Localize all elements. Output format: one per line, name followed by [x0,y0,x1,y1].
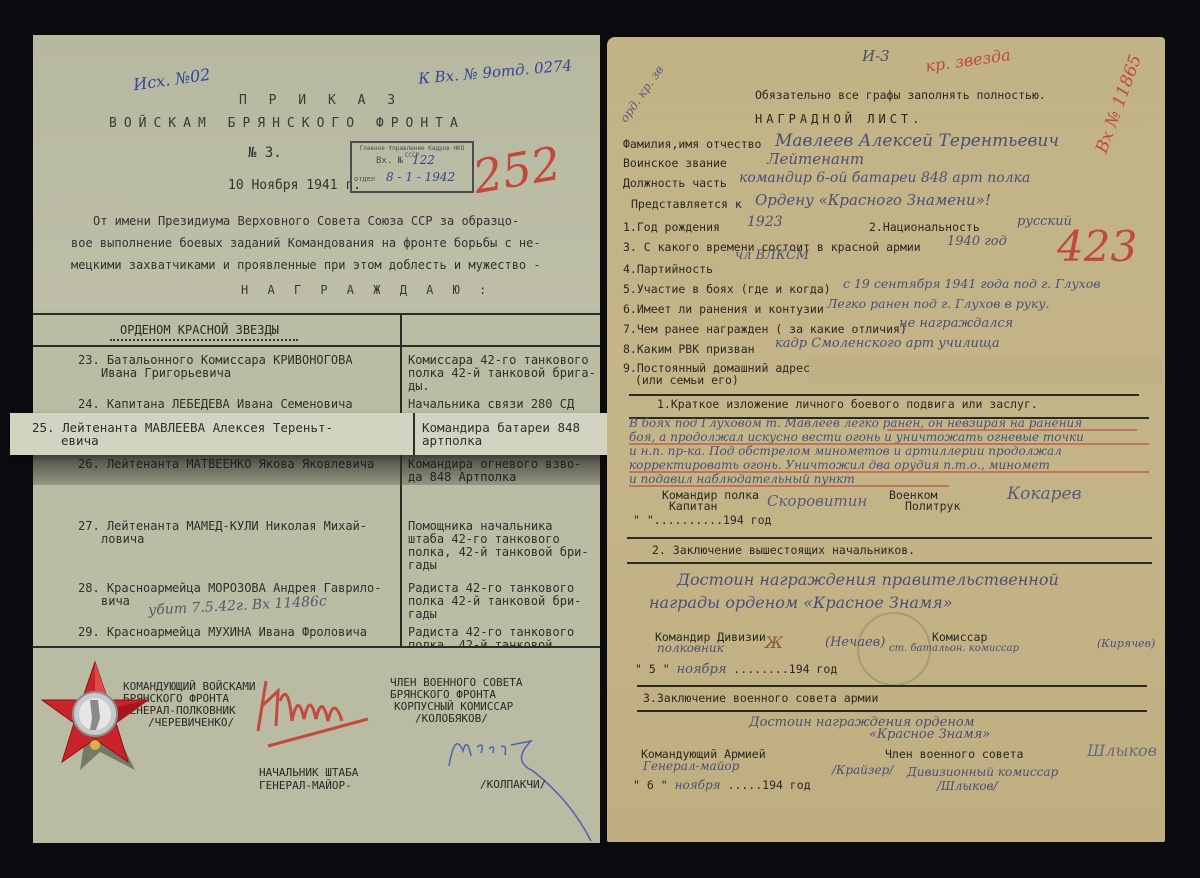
position-line: полка 42-й танковой бри- [408,594,581,608]
section-2-heading: 2. Заключение вышестоящих начальников. [652,543,915,557]
table-row-24-position: Начальника связи 280 СД [408,398,574,411]
position-line: штаба 42-го танкового [408,532,560,546]
red-incoming-number: Вх № 11865 [1092,52,1146,156]
highlight-divider [413,413,415,455]
date-month: ноября [675,778,721,792]
red-underline [629,443,1149,445]
item-7-value: не награждался [899,316,1013,331]
preamble-line-2: вое выполнение боевых заданий Командован… [71,236,541,250]
date-suffix: год [816,662,837,676]
entry-name-cont: ловича [78,532,144,546]
table-top-rule [33,313,600,315]
army-council-label: Член военного совета [885,747,1023,761]
section-3-text-2: «Красное Знамя» [869,727,990,742]
entry-name: Лейтенанта МАВЛЕЕВА Алексея Тереньт- [62,420,333,435]
item-4-value: чл ВЛКСМ [735,248,809,263]
entry-25-name: 25. Лейтенанта МАВЛЕЕВА Алексея Тереньт-… [32,421,333,447]
division-commander-name: (Нечаев) [825,635,885,650]
division-commander-rank: полковник [657,641,724,655]
item-6-value: Легко ранен под г. Глухов в руку. [827,296,1050,311]
award-heading: ОРДЕНОМ КРАСНОЙ ЗВЕЗДЫ [120,323,279,337]
order-of-red-star-icon [40,660,150,770]
highlighted-entry-25: 25. Лейтенанта МАВЛЕЕВА Алексея Тереньт-… [10,413,624,455]
registry-stamp: Главное Управление Кадров НКО СССР Вх. №… [350,141,474,193]
stamp-incoming-label: Вх. № [376,156,403,166]
section-1-heading: 1.Краткое изложение личного боевого подв… [657,397,1038,411]
shaded-entry-26: 26. Лейтенанта МАТВЕЕНКО Якова Яковлевич… [33,455,600,485]
entry-name: Капитана ЛЕБЕДЕВА Ивана Семеновича [107,397,353,411]
field-label-rank: Воинское звание [623,156,727,170]
entry-name-cont: Ивана Григорьевича [78,366,231,380]
position-line: Помощника начальника [408,519,553,533]
section-2-text-1: Достоин награждения правительственной [677,570,1059,589]
item-1-label: 1.Год рождения [623,220,720,234]
address-label-cont: (или семьи его) [623,373,739,387]
entry-number: 24. [78,397,100,411]
item-1-value: 1923 [747,214,783,230]
entry-name-cont: вича [78,594,130,608]
position-line: Командира огневого взво- [408,457,581,471]
handwritten-incoming-ref: К Вх. № 9отд. 0274 [418,56,573,87]
red-underline [629,471,1149,473]
item-8-label: 8.Каким РВК призван [623,342,755,356]
order-date: 10 Ноября 1941 г. [228,178,361,193]
award-sheet-document: И-3 орд. кр. зв кр. звезда Вх № 11865 Об… [607,37,1165,842]
table-row-27: 27. Лейтенанта МАМЕД-КУЛИ Николая Михай-… [78,520,367,546]
regiment-commander-rank: Капитан [669,499,717,513]
merit-description: В боях под Глуховом т. Мавлеев легко ран… [629,416,1084,486]
date-suffix: год [790,778,811,792]
section-rule [627,562,1152,564]
regiment-commander-signature: Скоровитин [767,492,867,510]
preamble-line-1: От имени Президиума Верховного Совета Со… [93,214,519,228]
section-rule [629,394,1139,396]
signature-text: НАЧАЛЬНИК ШТАБА [259,766,358,779]
table-row-29: 29. Красноармейца МУХИНА Ивана Фроловича [78,626,367,639]
entry-number: 26. [78,457,100,471]
entry-name: Красноармейца МОРОЗОВА Андрея Гаврило- [107,581,382,595]
field-label-position: Должность часть [623,176,727,190]
entry-name: Красноармейца МУХИНА Ивана Фроловича [107,625,367,639]
position-line: Радиста 42-го танкового [408,581,574,595]
date-day: " 6 " [633,778,668,792]
army-council-rank: Дивизионный комиссар [907,765,1058,779]
red-award-note: кр. звезда [924,45,1012,76]
entry-name: Лейтенанта МАТВЕЕНКО Якова Яковлевича [107,457,374,471]
item-3-value: 1940 год [947,234,1007,249]
item-2-label: 2.Национальность [869,220,980,234]
section-rule [637,710,1147,712]
military-commissar-signature: Кокарев [1007,484,1082,504]
entry-number: 23. [78,353,100,367]
redacted-address [807,357,1162,385]
item-9-label: 9.Постоянный домашний адрес (или семьи е… [623,362,810,386]
entry-26-name: 26. Лейтенанта МАТВЕЕНКО Якова Яковлевич… [78,458,374,471]
award-verb: Н А Г Р А Ж Д А Ю : [241,283,492,297]
order-header-section: Исх. №02 К Вх. № 9отд. 0274 П Р И К А З … [33,35,600,310]
chief-of-staff-block: НАЧАЛЬНИК ШТАБА ГЕНЕРАЛ-МАЙОР- [259,766,358,792]
section-2-date: " 5 " ноября ........194 год [635,662,837,677]
heading-underline [110,338,298,341]
entry-name: Лейтенанта МАМЕД-КУЛИ Николая Михай- [107,519,367,533]
position-line: да 848 Артполка [408,470,516,484]
red-pencil-number: 423 [1057,222,1137,271]
red-signature-icon [248,671,388,751]
item-8-value: кадр Смоленского арт училища [775,336,1000,351]
section-3-date: " 6 " ноября .....194 год [633,778,811,792]
entry-name: Батальонного Комиссара КРИВОНОГОВА [107,353,353,367]
red-underline [629,485,949,487]
army-council-signature: Шлыков [1087,741,1157,760]
merit-line: корректировать огонь. Уничтожил два оруд… [629,458,1050,472]
division-commander-signature: Ж [765,633,783,652]
rotated-note: орд. кр. зв [617,63,666,125]
table-row-24: 24. Капитана ЛЕБЕДЕВА Ивана Семеновича [78,398,353,411]
red-pencil-number: 252 [469,136,565,204]
date-day: " 5 " [635,662,670,676]
position-line: гады [408,607,437,621]
preamble-line-3: мецкими захватчиками и проявленные при э… [71,258,541,272]
stamp-date: 8 - 1 - 1942 [386,170,455,184]
position-line: гады [408,558,437,572]
position-line: артполка [422,433,482,448]
stamp-dept-label: отдел [354,175,375,183]
order-number: № 3. [248,145,282,161]
section-rule [627,537,1152,539]
table-row-28-position: Радиста 42-го танкового полка 42-й танко… [408,582,581,621]
entry-number: 27. [78,519,100,533]
entry-name-cont: евича [32,433,99,448]
item-5-label: 5.Участие в боях (где и когда) [623,282,831,296]
section-rule [637,685,1147,687]
position-line: полка 42-й танковой брига- [408,366,596,380]
army-council-name: /Шлыков/ [937,779,998,793]
entry-number: 28. [78,581,100,595]
item-6-label: 6.Имеет ли ранения и контузии [623,302,824,316]
field-value-position: командир 6-ой батареи 848 арт полка [739,170,1030,186]
handwritten-outgoing-number: Исх. №02 [132,65,211,95]
position-line: ды. [408,379,430,393]
section-2-text-2: награды орденом «Красное Знамя» [649,593,953,612]
form-title: НАГРАДНОЙ ЛИСТ. [755,112,923,126]
form-code: И-3 [862,47,890,65]
red-underline [887,429,1137,431]
field-value-rank: Лейтенант [767,150,864,168]
date-year: 194 [789,662,810,676]
footer-top-rule [33,646,600,648]
table-row-23-position: Комиссара 42-го танкового полка 42-й тан… [408,354,596,393]
military-commissar-rank: Политрук [905,499,960,513]
merit-line: и н.п. пр-ка. Под обстрелом минометов и … [629,444,1062,458]
date-year: 194 [762,778,783,792]
entry-25-position: Командира батареи 848 артполка [422,421,580,447]
field-value-nominated: Ордену «Красного Знамени»! [755,191,991,209]
army-commander-name: /Крайзер/ [832,763,893,777]
item-4-label: 4.Партийность [623,262,713,276]
position-line: полка, 42-й танковой бри- [408,545,589,559]
field-label-nominated: Представляется к [631,197,742,211]
order-title: П Р И К А З [239,93,402,108]
form-instruction: Обязательно все графы заполнять полность… [755,88,1046,102]
table-row-27-position: Помощника начальника штаба 42-го танково… [408,520,589,572]
field-value-name: Мавлеев Алексей Терентьевич [775,131,1059,151]
entry-number: 29. [78,625,100,639]
entry-26-position: Командира огневого взво- да 848 Артполка [408,458,581,484]
merit-line: В боях под Глуховом т. Мавлеев легко ран… [629,416,1082,430]
division-commissar-label: Комиссар [932,630,987,644]
order-subtitle: ВОЙСКАМ БРЯНСКОГО ФРОНТА [109,116,465,131]
position-line: Начальника связи 280 СД [408,397,574,411]
table-header-rule [33,345,600,347]
section-1-date: " "..........194 год [633,513,771,527]
item-5-value: с 19 сентября 1941 года под г. Глухов [843,276,1101,291]
stamp-incoming-number: 122 [412,153,435,167]
field-label-name: Фамилия,имя отчество [623,137,761,151]
table-row-23: 23. Батальонного Комиссара КРИВОНОГОВА И… [78,354,353,380]
chief-of-staff-name: /КОЛПАКЧИ/ [480,778,546,791]
date-month: ноября [677,662,727,677]
division-commissar-rank: ст. батальон. комиссар [889,643,1019,654]
merit-line: боя, а продолжал искусно вести огонь и у… [629,430,1084,444]
section-3-heading: 3.Заключение военного совета армии [643,691,878,705]
position-line: Радиста 42-го танкового [408,625,574,639]
position-line: Комиссара 42-го танкового [408,353,589,367]
merit-line: и подавил наблюдательный пункт [629,472,855,486]
division-commissar-name: (Кирячев) [1097,637,1155,650]
signature-text: ГЕНЕРАЛ-МАЙОР- [259,779,352,792]
item-7-label: 7.Чем ранее награжден ( за какие отличия… [623,322,907,336]
army-commander-rank: Генерал-майор [643,759,739,773]
